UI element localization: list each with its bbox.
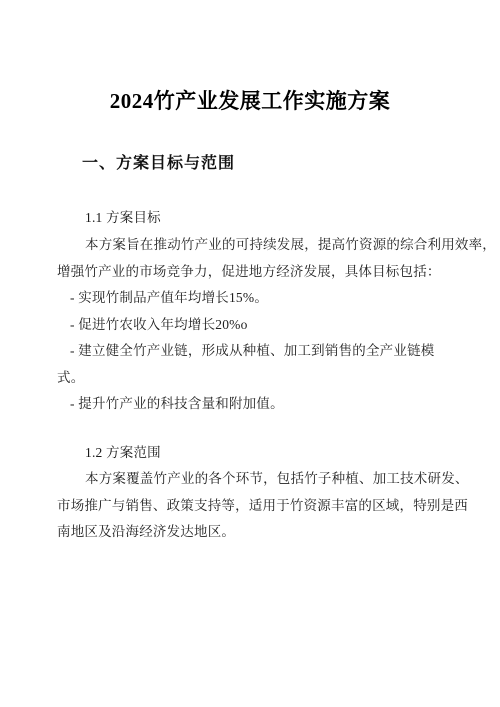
paragraph-2-line-1: 本方案覆盖竹产业的各个环节，包括竹子种植、加工技术研发、 [85, 472, 469, 486]
paragraph-1-line-1: 本方案旨在推动竹产业的可持续发展，提高竹资源的综合利用效率， [85, 238, 496, 252]
bullet-item-3-line-2: 式。 [57, 371, 84, 385]
paragraph-2-line-2: 市场推广与销售、政策支持等，适用于竹资源丰富的区域，特别是西 [57, 499, 468, 513]
bullet-item-3-line-1: - 建立健全竹产业链，形成从种植、加工到销售的全产业链模 [70, 344, 434, 358]
document-page: 2024竹产业发展工作实施方案 一、方案目标与范围 1.1 方案目标 本方案旨在… [0, 0, 500, 707]
paragraph-1-line-2: 增强竹产业的市场竞争力，促进地方经济发展，具体目标包括： [57, 265, 441, 279]
bullet-item-4: - 提升竹产业的科技含量和附加值。 [70, 397, 284, 411]
document-title: 2024竹产业发展工作实施方案 [0, 91, 500, 112]
subsection-1-1-heading: 1.1 方案目标 [85, 211, 161, 225]
subsection-1-2-heading: 1.2 方案范围 [85, 446, 161, 460]
bullet-item-1: - 实现竹制品产值年均增长15%。 [70, 291, 268, 305]
section-1-heading: 一、方案目标与范围 [82, 156, 235, 172]
paragraph-2-line-3: 南地区及沿海经济发达地区。 [57, 525, 235, 539]
bullet-item-2: - 促进竹农收入年均增长20%o [70, 318, 248, 332]
